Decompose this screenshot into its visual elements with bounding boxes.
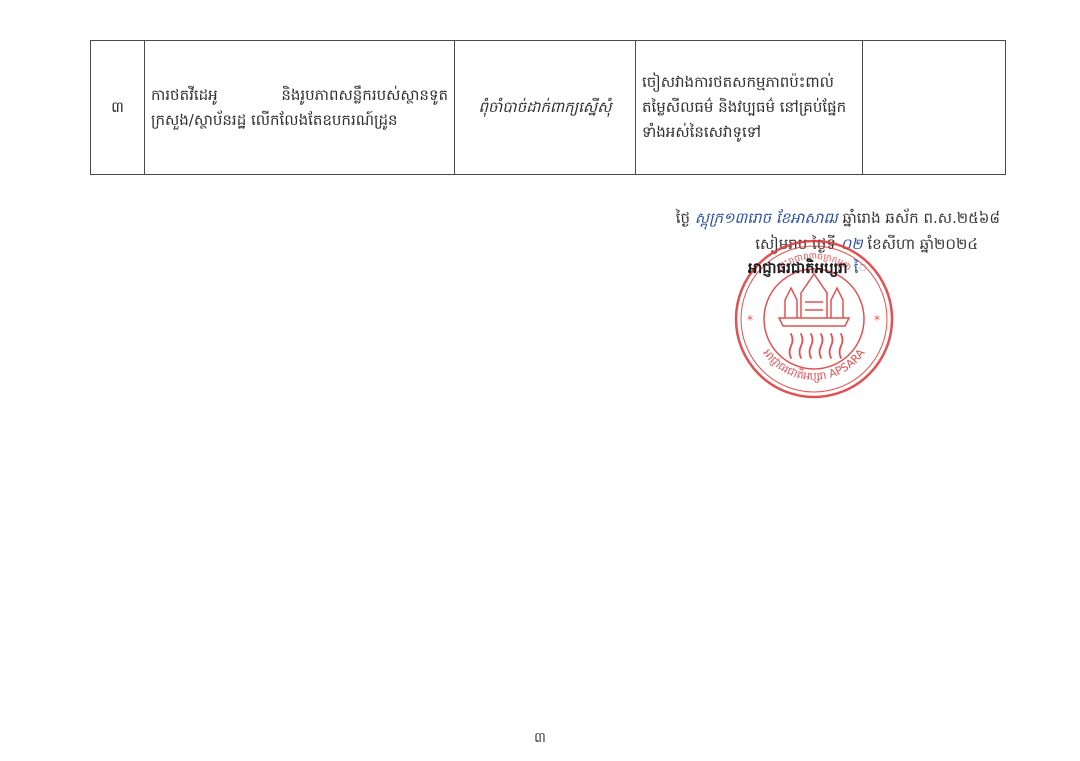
- task-line1-part-a: ការថតវីដេអូ: [151, 83, 218, 108]
- note-line: តម្លៃសីលធម៌ និងវប្បធម៌ នៅគ្រប់ផ្នែក: [642, 95, 856, 120]
- page-number: ៣: [534, 728, 546, 749]
- signatory-title: អាជ្ញាធរជាតិអប្សរាៃ: [748, 259, 867, 281]
- table-row: ៣ ការថតវីដេអូ និងរូបភាពសន្លឹករបស់ស្ថានទូ…: [91, 41, 1006, 175]
- requirement-cell: ពុំចាំបាច់ដាក់ពាក្យស្នើសុំ: [455, 41, 636, 175]
- lunar-month-handwritten: ខែអាសាឍ: [776, 209, 838, 227]
- signature-mark: ៃ: [854, 259, 868, 277]
- task-line2: ក្រសួង/ស្ថាប័នរដ្ឋ លើកលែងតែឧបករណ៍ដ្រូន: [151, 108, 448, 133]
- empty-cell: [863, 41, 1006, 175]
- lunar-year: ឆ្នាំរោង ឆស័ក ព.ស.២៥៦៨: [843, 209, 1001, 227]
- task-line1-part-b: និងរូបភាពសន្លឹករបស់ស្ថានទូត: [281, 83, 448, 108]
- document-table: ៣ ការថតវីដេអូ និងរូបភាពសន្លឹករបស់ស្ថានទូ…: [90, 40, 1006, 175]
- note-cell: ចៀសវាងការថតសកម្មភាពប៉ះពាល់ តម្លៃសីលធម៌ ន…: [636, 41, 863, 175]
- svg-text:*: *: [747, 313, 753, 327]
- svg-text:*: *: [874, 313, 880, 327]
- lunar-date-line: ថ្ងៃ ស្ពុក្រ១៣រោច ខែអាសាឍ ឆ្នាំរោង ឆស័ក …: [676, 205, 1000, 231]
- lunar-prefix: ថ្ងៃ: [676, 209, 690, 227]
- note-line: ចៀសវាងការថតសកម្មភាពប៉ះពាល់: [642, 70, 856, 95]
- task-description: ការថតវីដេអូ និងរូបភាពសន្លឹករបស់ស្ថានទូត …: [145, 41, 455, 175]
- note-line: ទាំងអស់នៃសេវាទូទៅ: [642, 120, 856, 145]
- signatory-name: អាជ្ញាធរជាតិអប្សរា: [748, 259, 848, 277]
- lunar-day-handwritten: ស្ពុក្រ១៣រោច: [695, 209, 771, 227]
- row-number: ៣: [91, 41, 145, 175]
